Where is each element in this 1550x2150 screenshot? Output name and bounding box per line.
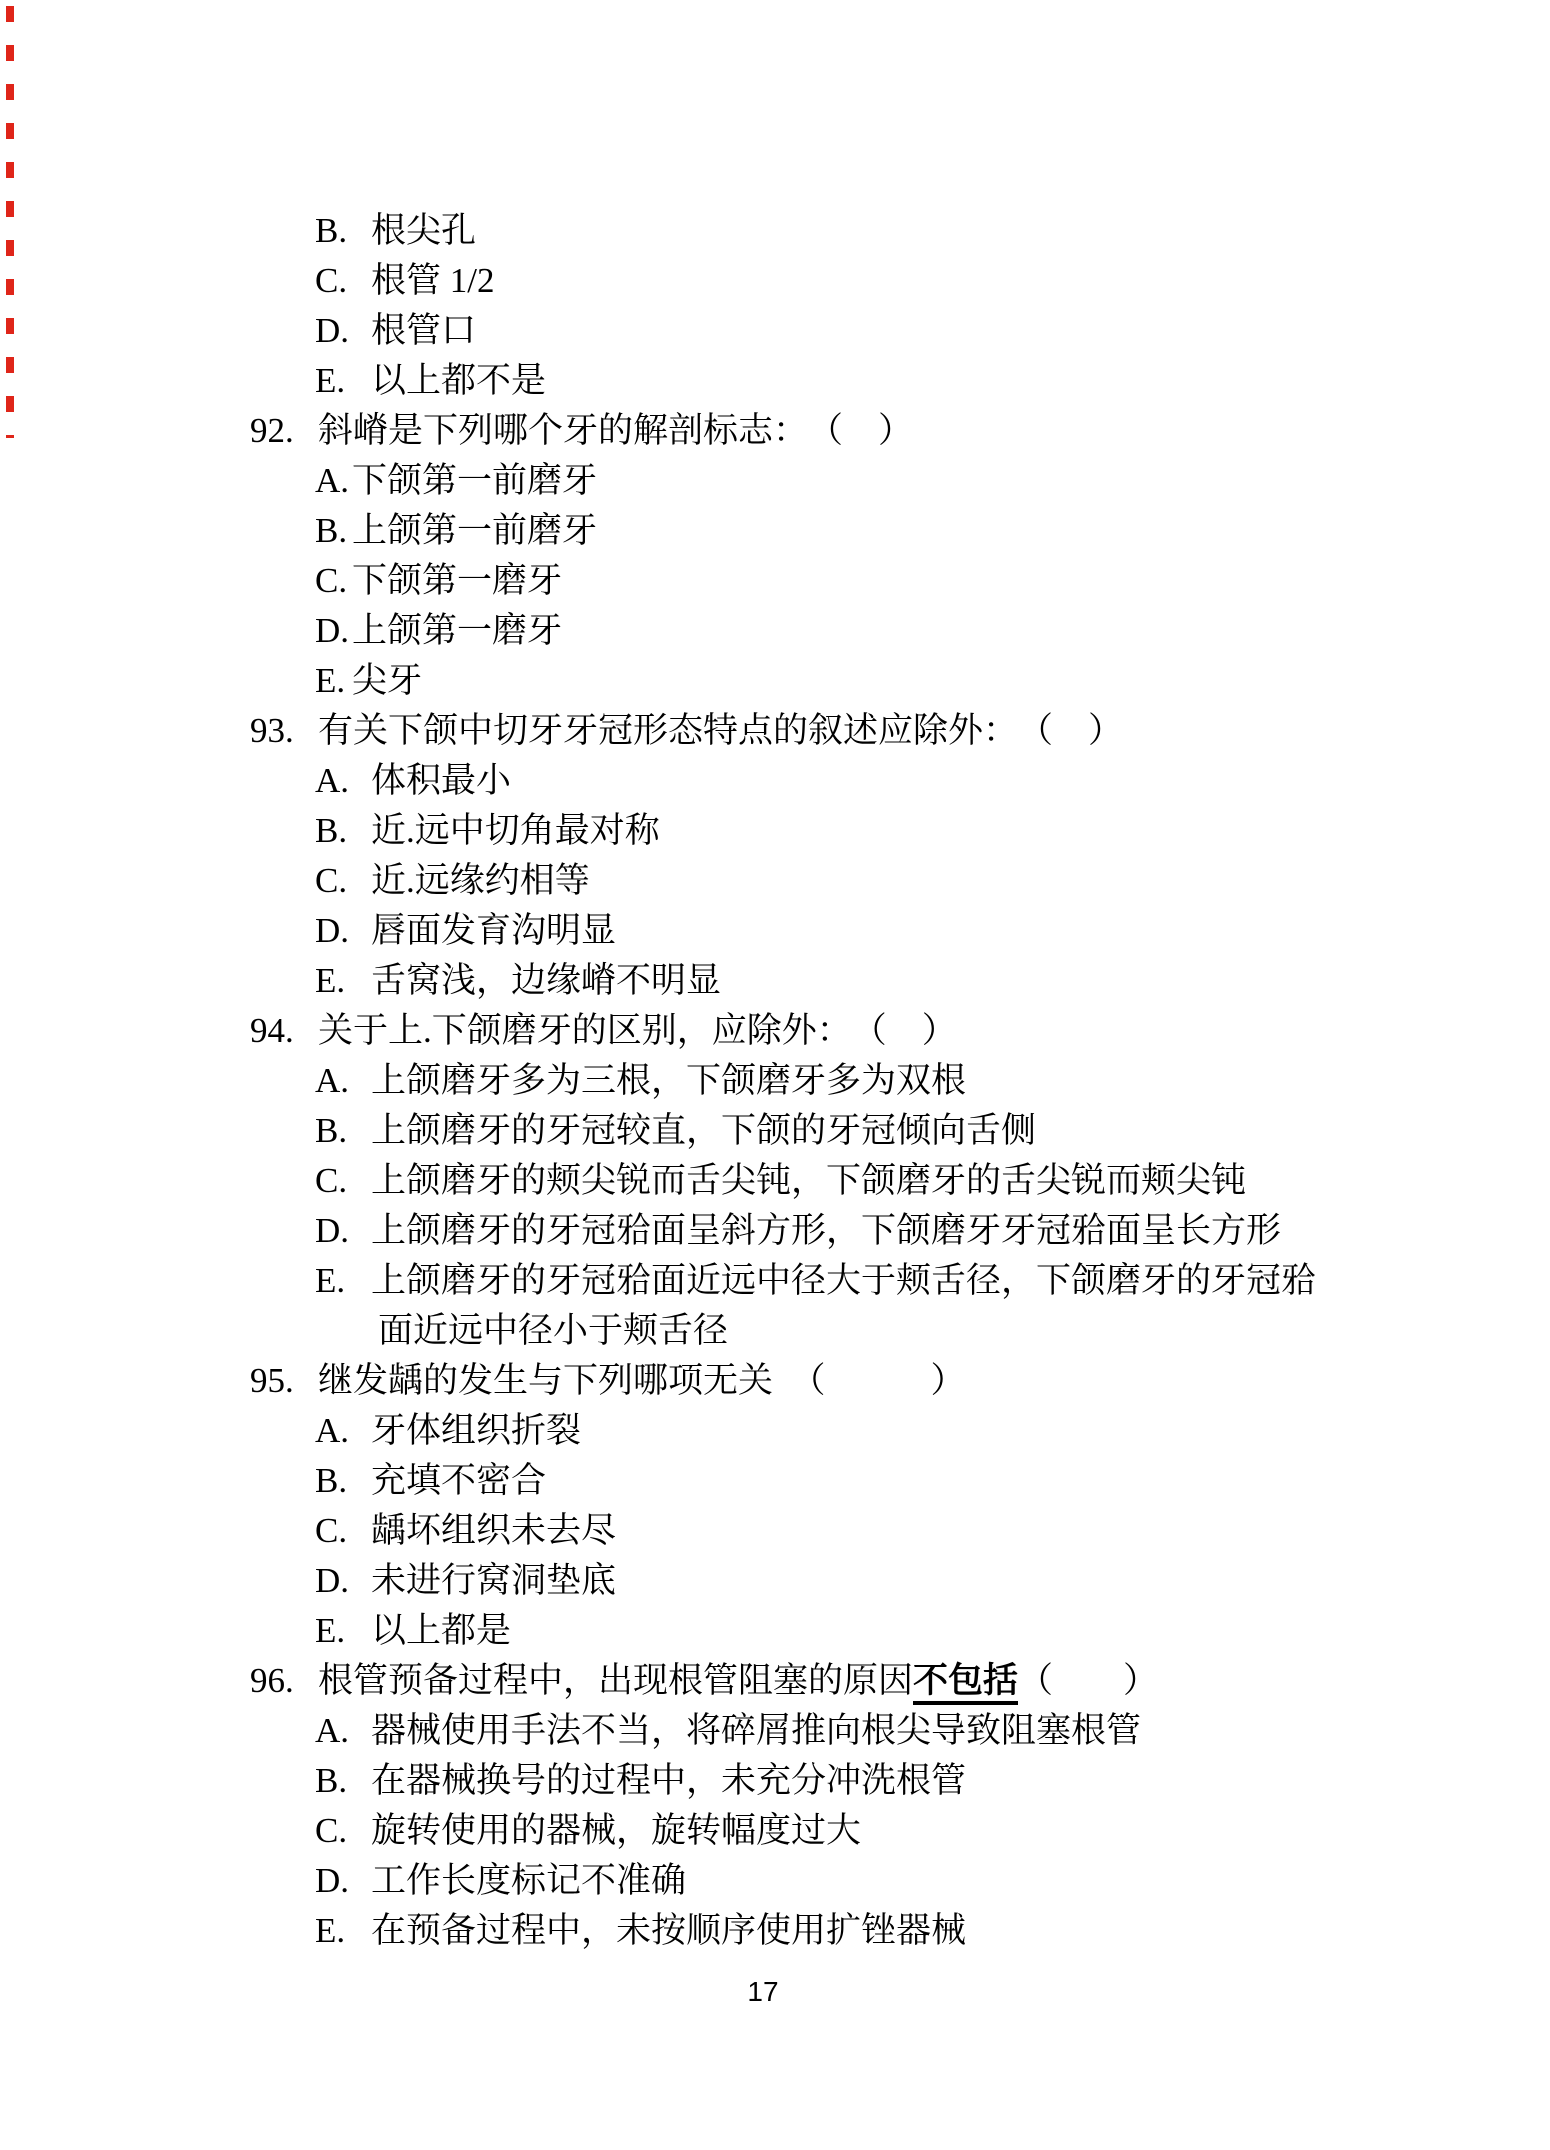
option-letter: D. <box>315 906 371 956</box>
question-text: 斜嵴是下列哪个牙的解剖标志： <box>318 411 791 450</box>
question-93-stem: 93.有关下颌中切牙牙冠形态特点的叙述应除外： （ ） <box>0 706 1550 756</box>
option-94-E: E.上颌磨牙的牙冠𬌗面近远中径大于颊舌径，下颌磨牙的牙冠𬌗 <box>0 1256 1550 1306</box>
answer-blank: （ ） <box>773 1361 966 1400</box>
option-letter: B. <box>315 206 371 256</box>
option-letter: E. <box>315 356 371 406</box>
option-text: 上颌磨牙的牙冠𬌗面近远中径大于颊舌径，下颌磨牙的牙冠𬌗 <box>371 1261 1316 1300</box>
question-number: 94. <box>250 1006 318 1056</box>
option-letter: A. <box>315 1406 371 1456</box>
option-letter: D. <box>315 1856 371 1906</box>
question-94-stem: 94.关于上.下颌磨牙的区别，应除外： （ ） <box>0 1006 1550 1056</box>
question-text: 关于上.下颌磨牙的区别，应除外： <box>318 1011 834 1050</box>
option-letter: B. <box>315 1756 371 1806</box>
option-93-A: A.体积最小 <box>0 756 1550 806</box>
option-text: 未进行窝洞垫底 <box>371 1561 616 1600</box>
option-letter: E. <box>315 1606 371 1656</box>
option-text: 上颌磨牙的牙冠𬌗面呈斜方形，下颌磨牙牙冠𬌗面呈长方形 <box>371 1211 1281 1250</box>
option-letter: D. <box>315 1206 371 1256</box>
option-96-B: B.在器械换号的过程中，未充分冲洗根管 <box>0 1756 1550 1806</box>
option-94-A: A.上颌磨牙多为三根，下颌磨牙多为双根 <box>0 1056 1550 1106</box>
option-94-D: D.上颌磨牙的牙冠𬌗面呈斜方形，下颌磨牙牙冠𬌗面呈长方形 <box>0 1206 1550 1256</box>
option-91-E: E.以上都不是 <box>0 356 1550 406</box>
option-94-C: C.上颌磨牙的颊尖锐而舌尖钝，下颌磨牙的舌尖锐而颊尖钝 <box>0 1156 1550 1206</box>
option-letter: E. <box>315 956 371 1006</box>
question-number: 93. <box>250 706 318 756</box>
option-text: 尖牙 <box>352 661 422 700</box>
option-96-A: A.器械使用手法不当，将碎屑推向根尖导致阻塞根管 <box>0 1706 1550 1756</box>
question-text: 根管预备过程中，出现根管阻塞的原因 <box>318 1661 913 1700</box>
question-number: 96. <box>250 1656 318 1706</box>
option-96-D: D.工作长度标记不准确 <box>0 1856 1550 1906</box>
option-95-D: D.未进行窝洞垫底 <box>0 1556 1550 1606</box>
option-92-E: E.尖牙 <box>0 656 1550 706</box>
option-93-C: C.近.远缘约相等 <box>0 856 1550 906</box>
page-number: 17 <box>733 1976 793 2008</box>
option-94-B: B.上颌磨牙的牙冠较直，下颌的牙冠倾向舌侧 <box>0 1106 1550 1156</box>
option-text: 根管 1/2 <box>371 261 494 300</box>
option-92-C: C.下颌第一磨牙 <box>0 556 1550 606</box>
option-91-D: D.根管口 <box>0 306 1550 356</box>
option-text: 上颌磨牙的颊尖锐而舌尖钝，下颌磨牙的舌尖锐而颊尖钝 <box>371 1161 1246 1200</box>
option-text: 以上都不是 <box>371 361 546 400</box>
option-letter: E. <box>315 1906 371 1956</box>
answer-blank: （ ） <box>834 1011 957 1050</box>
exam-page: B.根尖孔 C.根管 1/2 D.根管口 E.以上都不是 92.斜嵴是下列哪个牙… <box>0 0 1550 2150</box>
option-93-D: D.唇面发育沟明显 <box>0 906 1550 956</box>
option-95-B: B.充填不密合 <box>0 1456 1550 1506</box>
option-letter: B. <box>315 806 371 856</box>
option-letter: A. <box>315 456 352 506</box>
option-text: 充填不密合 <box>371 1461 546 1500</box>
option-text: 上颌第一前磨牙 <box>352 511 597 550</box>
option-letter: D. <box>315 306 371 356</box>
question-92-stem: 92.斜嵴是下列哪个牙的解剖标志： （ ） <box>0 406 1550 456</box>
option-text: 工作长度标记不准确 <box>371 1861 686 1900</box>
option-text: 龋坏组织未去尽 <box>371 1511 616 1550</box>
answer-blank: （ ） <box>1018 1661 1158 1700</box>
option-letter: C. <box>315 1806 371 1856</box>
option-text: 面近远中径小于颊舌径 <box>378 1311 728 1350</box>
option-letter: C. <box>315 856 371 906</box>
option-text: 器械使用手法不当，将碎屑推向根尖导致阻塞根管 <box>371 1711 1141 1750</box>
option-text: 近.远中切角最对称 <box>371 811 660 850</box>
question-text: 有关下颌中切牙牙冠形态特点的叙述应除外： <box>318 711 1001 750</box>
option-text: 根管口 <box>371 311 476 350</box>
question-number: 95. <box>250 1356 318 1406</box>
option-92-B: B.上颌第一前磨牙 <box>0 506 1550 556</box>
option-text: 唇面发育沟明显 <box>371 911 616 950</box>
option-93-E: E.舌窝浅，边缘嵴不明显 <box>0 956 1550 1006</box>
option-95-A: A.牙体组织折裂 <box>0 1406 1550 1456</box>
option-96-C: C.旋转使用的器械，旋转幅度过大 <box>0 1806 1550 1856</box>
option-letter: B. <box>315 1456 371 1506</box>
option-95-E: E.以上都是 <box>0 1606 1550 1656</box>
answer-blank: （ ） <box>791 411 914 450</box>
option-text: 在预备过程中，未按顺序使用扩锉器械 <box>371 1911 966 1950</box>
option-letter: A. <box>315 756 371 806</box>
option-letter: E. <box>315 656 352 706</box>
option-96-E: E.在预备过程中，未按顺序使用扩锉器械 <box>0 1906 1550 1956</box>
option-letter: E. <box>315 1256 371 1306</box>
option-95-C: C.龋坏组织未去尽 <box>0 1506 1550 1556</box>
option-letter: C. <box>315 1506 371 1556</box>
option-letter: D. <box>315 1556 371 1606</box>
answer-blank: （ ） <box>1001 711 1124 750</box>
option-text: 上颌第一磨牙 <box>352 611 562 650</box>
question-emphasis: 不包括 <box>913 1661 1018 1705</box>
question-text: 继发龋的发生与下列哪项无关 <box>318 1361 773 1400</box>
option-text: 以上都是 <box>371 1611 511 1650</box>
option-text: 舌窝浅，边缘嵴不明显 <box>371 961 721 1000</box>
option-letter: D. <box>315 606 352 656</box>
option-text: 下颌第一前磨牙 <box>352 461 597 500</box>
option-letter: C. <box>315 256 371 306</box>
option-text: 体积最小 <box>371 761 511 800</box>
option-letter: B. <box>315 506 352 556</box>
option-91-C: C.根管 1/2 <box>0 256 1550 306</box>
option-92-A: A.下颌第一前磨牙 <box>0 456 1550 506</box>
option-letter: A. <box>315 1706 371 1756</box>
option-letter: A. <box>315 1056 371 1106</box>
option-92-D: D.上颌第一磨牙 <box>0 606 1550 656</box>
option-letter: C. <box>315 556 352 606</box>
option-text: 根尖孔 <box>371 211 476 250</box>
option-text: 近.远缘约相等 <box>371 861 590 900</box>
option-text: 上颌磨牙的牙冠较直，下颌的牙冠倾向舌侧 <box>371 1111 1036 1150</box>
option-text: 在器械换号的过程中，未充分冲洗根管 <box>371 1761 966 1800</box>
option-text: 上颌磨牙多为三根，下颌磨牙多为双根 <box>371 1061 966 1100</box>
option-letter: C. <box>315 1156 371 1206</box>
option-letter: B. <box>315 1106 371 1156</box>
option-93-B: B.近.远中切角最对称 <box>0 806 1550 856</box>
question-96-stem: 96.根管预备过程中，出现根管阻塞的原因不包括（ ） <box>0 1656 1550 1706</box>
option-text: 牙体组织折裂 <box>371 1411 581 1450</box>
question-95-stem: 95.继发龋的发生与下列哪项无关 （ ） <box>0 1356 1550 1406</box>
option-91-B: B.根尖孔 <box>0 206 1550 256</box>
option-text: 旋转使用的器械，旋转幅度过大 <box>371 1811 861 1850</box>
option-text: 下颌第一磨牙 <box>352 561 562 600</box>
question-list: B.根尖孔 C.根管 1/2 D.根管口 E.以上都不是 92.斜嵴是下列哪个牙… <box>0 206 1550 1956</box>
option-94-E-continued: 面近远中径小于颊舌径 <box>0 1306 1550 1356</box>
question-number: 92. <box>250 406 318 456</box>
